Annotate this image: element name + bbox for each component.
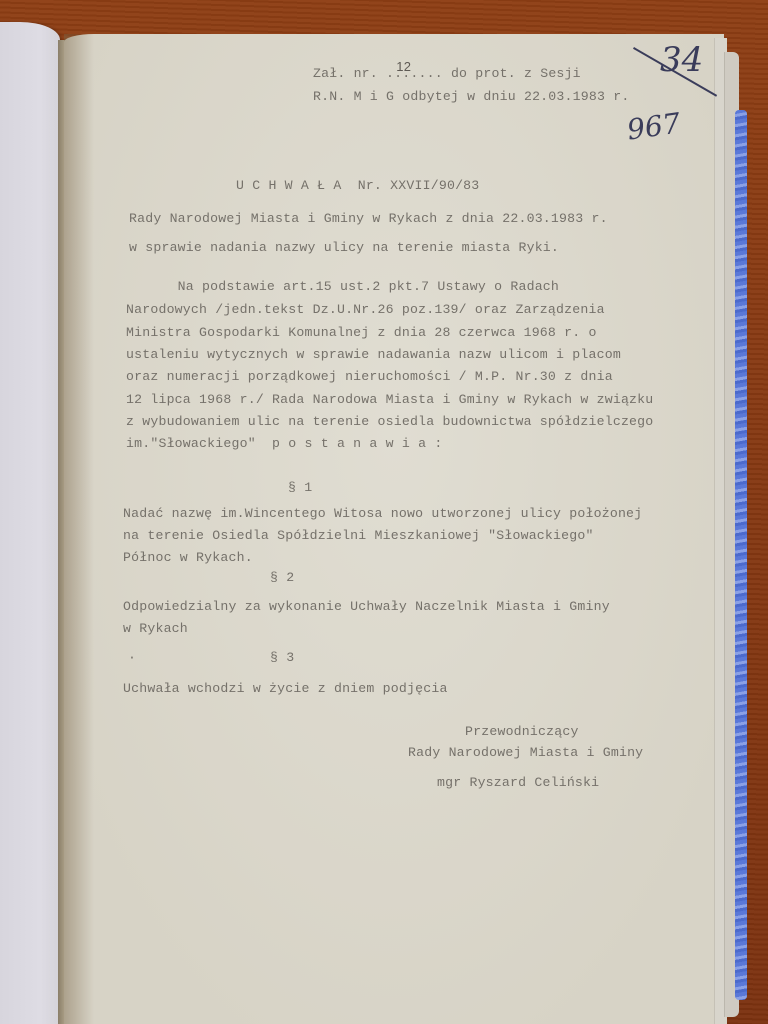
section-2-heading: § 2 — [270, 570, 294, 585]
preamble-line: z wybudowaniem ulic na terenie osiedla b… — [126, 414, 653, 429]
signature-name: mgr Ryszard Celiński — [437, 775, 599, 790]
resolution-title: U C H W A Ł A Nr. XXVII/90/83 — [236, 178, 479, 193]
signature-role: Przewodniczący — [465, 724, 579, 739]
attachment-suffix: ..... do prot. z Sesji — [402, 66, 581, 81]
signature-body: Rady Narodowej Miasta i Gminy — [408, 745, 643, 760]
attachment-line: Zał. nr. ..12..... do prot. z Sesji — [313, 66, 581, 81]
preamble-line: oraz numeracji porządkowej nieruchomości… — [126, 369, 613, 384]
section-1-line: na terenie Osiedla Spółdzielni Mieszkani… — [123, 528, 594, 543]
preamble-line: im."Słowackiego" p o s t a n a w i a : — [126, 436, 442, 451]
preamble-line: ustaleniu wytycznych w sprawie nadawania… — [126, 347, 621, 362]
section-2-line: w Rykach — [123, 621, 188, 636]
session-line: R.N. M i G odbytej w dniu 22.03.1983 r. — [313, 89, 629, 104]
section-3-line: Uchwała wchodzi w życie z dniem podjęcia — [123, 681, 448, 696]
preamble-line: Narodowych /jedn.tekst Dz.U.Nr.26 poz.13… — [126, 302, 605, 317]
resolution-subject: w sprawie nadania nazwy ulicy na terenie… — [129, 240, 559, 255]
section-1-line: Nadać nazwę im.Wincentego Witosa nowo ut… — [123, 506, 642, 521]
resolution-issuer: Rady Narodowej Miasta i Gminy w Rykach z… — [129, 211, 608, 226]
section-2-line: Odpowiedzialny za wykonanie Uchwały Nacz… — [123, 599, 610, 614]
preamble-line: Ministra Gospodarki Komunalnej z dnia 28… — [126, 325, 597, 340]
page-shadow — [64, 34, 94, 1024]
attachment-number: 12 — [396, 59, 411, 74]
attachment-prefix: Zał. nr. .. — [313, 66, 402, 81]
preamble-line: 12 lipca 1968 r./ Rada Narodowa Miasta i… — [126, 392, 653, 407]
left-facing-page — [0, 22, 60, 1024]
preamble-line: Na podstawie art.15 ust.2 pkt.7 Ustawy o… — [129, 279, 559, 294]
section-1-line: Północ w Rykach. — [123, 550, 253, 565]
stray-dot: · — [128, 650, 136, 665]
section-3-heading: § 3 — [270, 650, 294, 665]
section-1-heading: § 1 — [288, 480, 312, 495]
blue-binding-cord — [735, 110, 747, 1000]
